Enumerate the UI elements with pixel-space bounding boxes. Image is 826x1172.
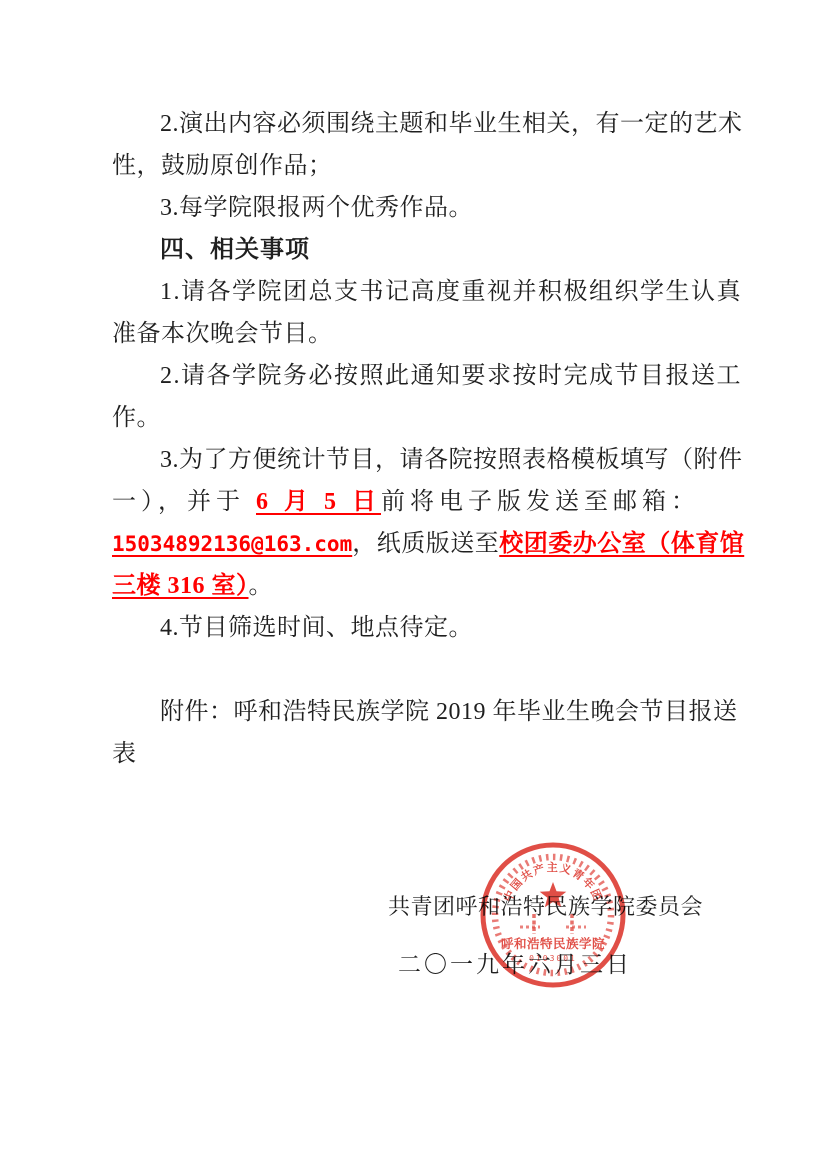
seal-star-icon bbox=[540, 882, 567, 907]
paragraph-performance-content-line1: 2.演出内容必须围绕主题和毕业生相关，有一定的艺术 bbox=[112, 103, 732, 145]
seal-serial-number: 0103001 bbox=[529, 954, 577, 963]
attachment-line1: 附件：呼和浩特民族学院 2019 年毕业生晚会节目报送 bbox=[112, 691, 732, 733]
deadline-date-highlight: 6 月 5 日 bbox=[256, 489, 381, 515]
office-location-highlight: 校团委办公室（体育馆 bbox=[499, 531, 744, 557]
item3-line3: 15034892136@163.com，纸质版送至校团委办公室（体育馆 bbox=[112, 523, 732, 565]
item3-line1: 3.为了方便统计节目，请各院按照表格模板填写（附件 bbox=[112, 439, 732, 481]
email-address-highlight: 15034892136@163.com bbox=[112, 532, 352, 556]
item1-line2: 准备本次晚会节目。 bbox=[112, 313, 732, 355]
seal-graphic: 中国共产主义青年团 呼和浩特民族学院 0103001 bbox=[476, 838, 630, 992]
item3-line2-text-post: 前将电子版发送至邮箱： bbox=[381, 489, 700, 515]
item2-line1: 2.请各学院务必按照此通知要求按时完成节目报送工 bbox=[112, 355, 732, 397]
section-heading-related-matters: 四、相关事项 bbox=[112, 229, 732, 271]
item3-line4: 三楼 316 室）。 bbox=[112, 565, 732, 607]
blank-line bbox=[112, 649, 732, 691]
item4-screening-tbd: 4.节目筛选时间、地点待定。 bbox=[112, 607, 732, 649]
item3-line2-text: 一），并于 bbox=[112, 489, 256, 515]
paragraph-work-limit: 3.每学院限报两个优秀作品。 bbox=[112, 187, 732, 229]
seal-institution-name: 呼和浩特民族学院 bbox=[501, 936, 605, 951]
item2-line2: 作。 bbox=[112, 397, 732, 439]
room-number-highlight: 三楼 316 室） bbox=[112, 573, 249, 599]
document-body: 2.演出内容必须围绕主题和毕业生相关，有一定的艺术 性，鼓励原创作品； 3.每学… bbox=[112, 103, 732, 775]
attachment-line2: 表 bbox=[112, 733, 732, 775]
document-page: 2.演出内容必须围绕主题和毕业生相关，有一定的艺术 性，鼓励原创作品； 3.每学… bbox=[0, 0, 826, 1172]
item3-line3-text: ，纸质版送至 bbox=[352, 531, 499, 557]
item3-line2: 一），并于 6 月 5 日前将电子版发送至邮箱： bbox=[112, 481, 732, 523]
item1-line1: 1.请各学院团总支书记高度重视并积极组织学生认真 bbox=[112, 271, 732, 313]
paragraph-performance-content-line2: 性，鼓励原创作品； bbox=[112, 145, 732, 187]
official-seal: 中国共产主义青年团 呼和浩特民族学院 0103001 bbox=[476, 838, 630, 992]
item3-line4-text: 。 bbox=[249, 573, 274, 599]
